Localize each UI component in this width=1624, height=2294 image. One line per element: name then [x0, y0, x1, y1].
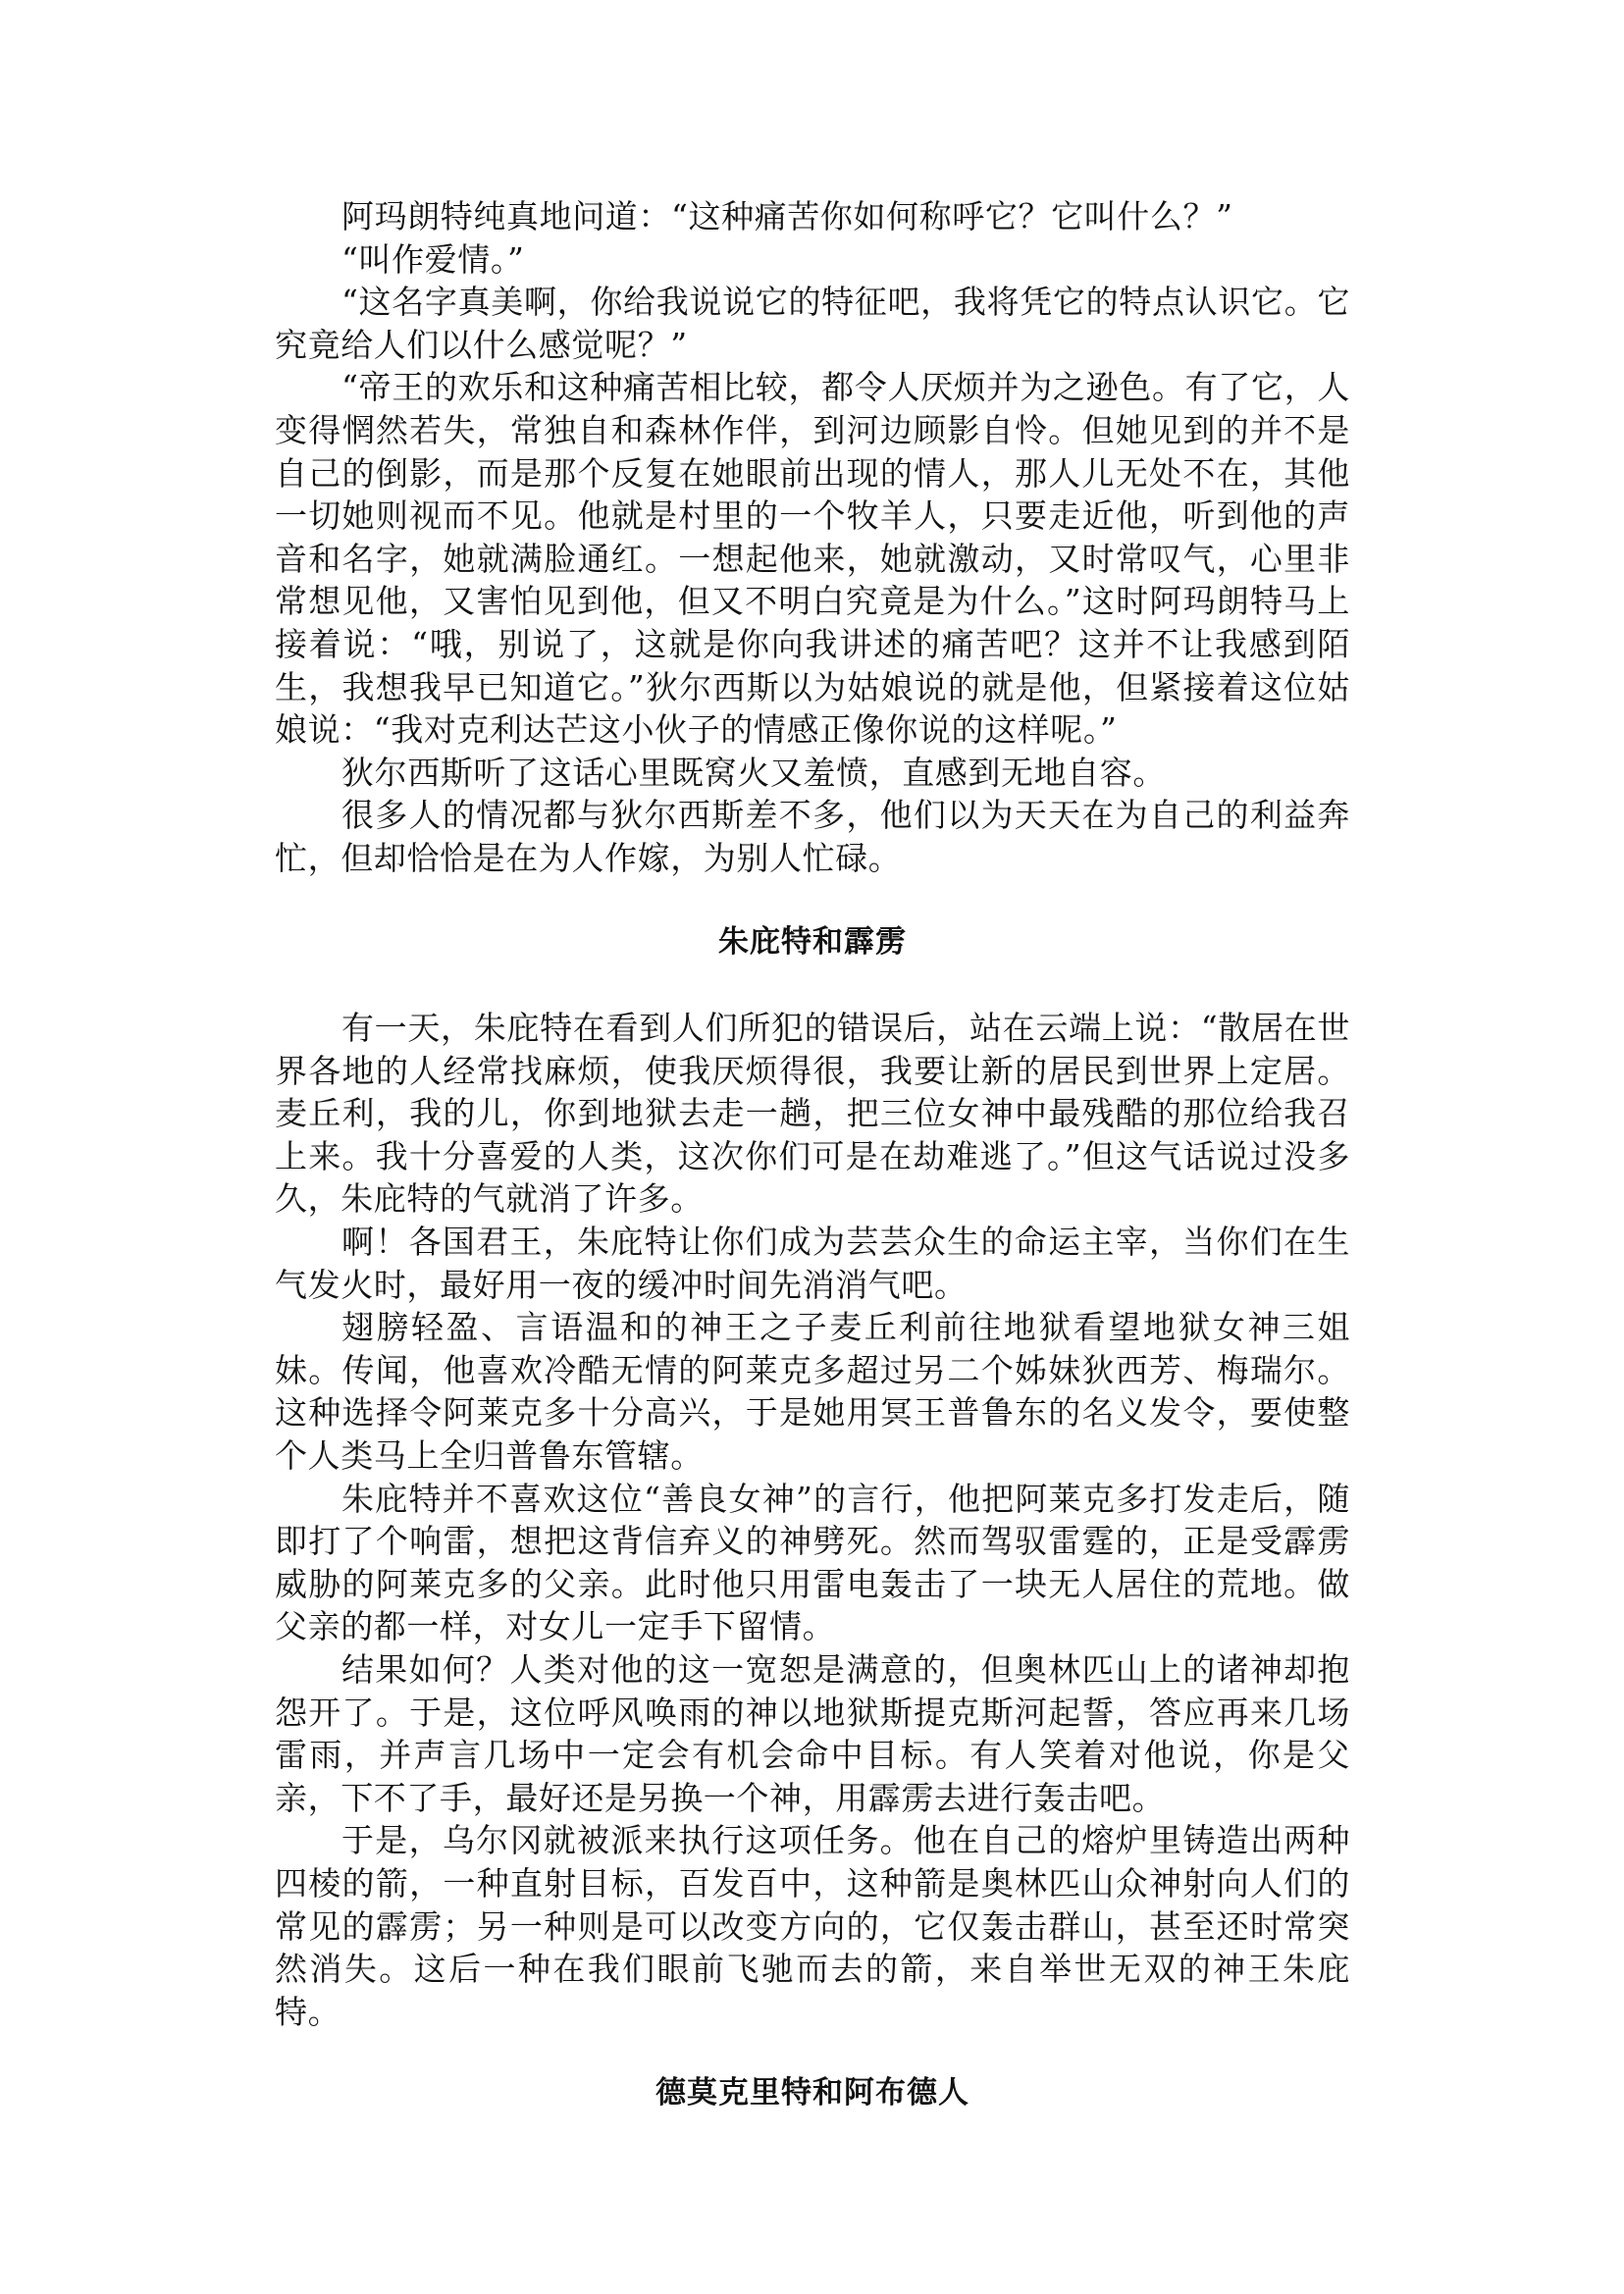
democritus-section: 德莫克里特和阿布德人: [275, 2072, 1350, 2115]
paragraph: 翅膀轻盈、言语温和的神王之子麦丘利前往地狱看望地狱女神三姐妹。传闻，他喜欢冷酷无…: [275, 1306, 1350, 1477]
paragraph: 阿玛朗特纯真地问道：“这种痛苦你如何称呼它？它叫什么？”: [275, 195, 1350, 238]
paragraph: 很多人的情况都与狄尔西斯差不多，他们以为天天在为自己的利益奔忙，但却恰恰是在为人…: [275, 794, 1350, 879]
story-ending-section: 阿玛朗特纯真地问道：“这种痛苦你如何称呼它？它叫什么？” “叫作爱情。” “这名…: [275, 195, 1350, 880]
paragraph: 朱庇特并不喜欢这位“善良女神”的言行，他把阿莱克多打发走后，随即打了个响雷，想把…: [275, 1478, 1350, 1648]
section-title: 朱庇特和霹雳: [275, 921, 1350, 965]
section-title: 德莫克里特和阿布德人: [275, 2072, 1350, 2115]
paragraph: 结果如何？人类对他的这一宽恕是满意的，但奥林匹山上的诸神却抱怨开了。于是，这位呼…: [275, 1648, 1350, 1819]
jupiter-and-thunderbolt-section: 朱庇特和霹雳 有一天，朱庇特在看到人们所犯的错误后，站在云端上说：“散居在世界各…: [275, 921, 1350, 2034]
document-page: 阿玛朗特纯真地问道：“这种痛苦你如何称呼它？它叫什么？” “叫作爱情。” “这名…: [275, 195, 1350, 2115]
paragraph: 于是，乌尔冈就被派来执行这项任务。他在自己的熔炉里铸造出两种四棱的箭，一种直射目…: [275, 1819, 1350, 2033]
paragraph: 啊！各国君王，朱庇特让你们成为芸芸众生的命运主宰，当你们在生气发火时，最好用一夜…: [275, 1221, 1350, 1306]
paragraph: 狄尔西斯听了这话心里既窝火又羞愤，直感到无地自容。: [275, 752, 1350, 795]
paragraph: 有一天，朱庇特在看到人们所犯的错误后，站在云端上说：“散居在世界各地的人经常找麻…: [275, 1007, 1350, 1221]
paragraph: “叫作爱情。”: [275, 238, 1350, 282]
paragraph: “帝王的欢乐和这种痛苦相比较，都令人厌烦并为之逊色。有了它，人变得惘然若失，常独…: [275, 366, 1350, 751]
paragraph: “这名字真美啊，你给我说说它的特征吧，我将凭它的特点认识它。它究竟给人们以什么感…: [275, 281, 1350, 366]
